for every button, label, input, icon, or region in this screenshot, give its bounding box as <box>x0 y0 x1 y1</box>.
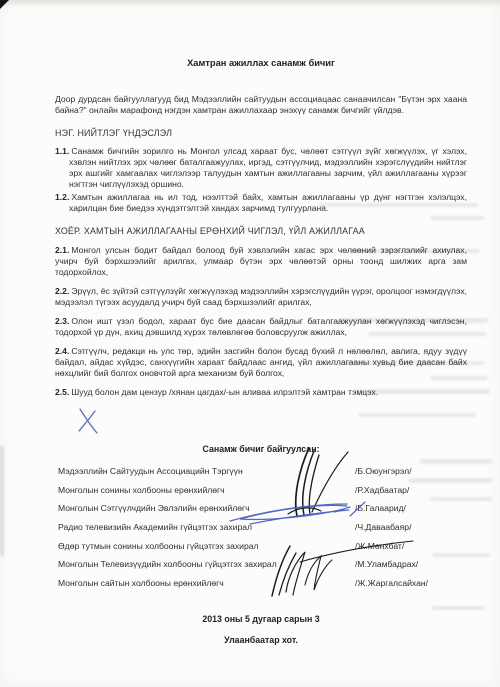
signatory-row: Монголын Телевизүүдийн холбооны гүйцэтгэ… <box>58 555 467 574</box>
document-city: Улаанбаатар хот. <box>55 635 467 646</box>
document-body: Хамтран ажиллах санамж бичиг Доор дурдса… <box>0 0 500 687</box>
document-title: Хамтран ажиллах санамж бичиг <box>55 58 467 69</box>
clause-2-1: 2.1.Монгол улсын бодит байдал болоод буй… <box>55 245 467 278</box>
clause-text: Монгол улсын бодит байдал болоод буй хэв… <box>55 245 467 277</box>
signatory-name: /Ж.Мөнхбат/ <box>355 541 467 552</box>
clause-1-1: 1.1.Санамж бичгийн зорилго нь Монгол улс… <box>55 146 467 190</box>
clause-text: Сэтгүүлч, редакци нь улс төр, эдийн засг… <box>55 346 467 378</box>
signatory-name: /Р.Хадбаатар/ <box>355 485 467 496</box>
clause-2-2: 2.2.Эрүүл, ёс зүйтэй сэтгүүлзүйг хөгжүүл… <box>55 286 467 308</box>
clause-text: Эрүүл, ёс зүйтэй сэтгүүлзүйг хөгжүүлэхэд… <box>55 286 467 307</box>
clause-text: Олон ишт үзэл бодол, хараат бус бие даас… <box>55 316 467 337</box>
signatories-list: Мэдээллийн Сайтуудын Ассоциацийн Тэргүүн… <box>58 462 467 593</box>
clause-number: 2.3. <box>55 316 69 326</box>
signatory-title: Өдөр тутмын сонины холбооны гүйцэтгэх за… <box>58 541 355 552</box>
clause-text: Хамтын ажиллагаа нь ил тод, нээлттэй бай… <box>69 192 467 213</box>
signatory-name: /Б.Оюунгэрэл/ <box>355 466 467 477</box>
signing-parties-heading: Санамж бичиг байгуулсан: <box>55 444 467 455</box>
intro-paragraph: Доор дурдсан байгууллагууд бид Мэдээллий… <box>55 94 467 116</box>
document-date: 2013 оны 5 дугаар сарын 3 <box>55 614 467 625</box>
clause-number: 1.2. <box>55 192 69 202</box>
signatory-title: Монголын сонины холбооны ерөнхийлөгч <box>58 485 355 496</box>
signatory-title: Монголын сайтын холбооны ерөнхийлөгч <box>58 578 355 589</box>
signatory-name: /М.Уламбадрах/ <box>355 559 467 570</box>
signatory-title: Монголын Сэтгүүлчдийн Эвлэлийн ерөнхийлө… <box>58 503 355 514</box>
signatory-row: Монголын сонины холбооны ерөнхийлөгч /Р.… <box>58 481 467 500</box>
scanned-document-page: Хамтран ажиллах санамж бичиг Доор дурдса… <box>0 0 500 687</box>
clause-text: Санамж бичгийн зорилго нь Монгол улсад х… <box>69 146 467 189</box>
clause-2-5: 2.5.Шууд болон дам цензур /хянан цагдах/… <box>55 387 467 398</box>
signatory-row: Мэдээллийн Сайтуудын Ассоциацийн Тэргүүн… <box>58 462 467 481</box>
clause-number: 1.1. <box>55 146 69 156</box>
clause-number: 2.5. <box>55 387 69 397</box>
clause-text: Шууд болон дам цензур /хянан цагдах/-ын … <box>71 387 378 397</box>
signatory-name: /Ч.Даваабаяр/ <box>355 522 467 533</box>
signatory-row: Өдөр тутмын сонины холбооны гүйцэтгэх за… <box>58 537 467 556</box>
section-two-heading: ХОЁР. ХАМТЫН АЖИЛЛАГААНЫ ЕРӨНХИЙ ЧИГЛЭЛ,… <box>55 226 467 237</box>
signatory-row: Радио телевизийн Академийн гүйцэтгэх зах… <box>58 518 467 537</box>
signatory-row: Монголын сайтын холбооны ерөнхийлөгч /Ж.… <box>58 574 467 593</box>
clause-1-2: 1.2.Хамтын ажиллагаа нь ил тод, нээлттэй… <box>55 192 467 214</box>
signatory-title: Мэдээллийн Сайтуудын Ассоциацийн Тэргүүн <box>58 466 355 477</box>
signatory-name: /Б.Галаарид/ <box>355 503 467 514</box>
signatory-title: Радио телевизийн Академийн гүйцэтгэх зах… <box>58 522 355 533</box>
clause-2-3: 2.3.Олон ишт үзэл бодол, хараат бус бие … <box>55 316 467 338</box>
signatory-row: Монголын Сэтгүүлчдийн Эвлэлийн ерөнхийлө… <box>58 499 467 518</box>
clause-number: 2.1. <box>55 245 69 255</box>
signatory-name: /Ж.Жаргалсайхан/ <box>355 578 467 589</box>
section-one-heading: НЭГ. НИЙТЛЭГ ҮНДЭСЛЭЛ <box>55 128 467 139</box>
clause-number: 2.2. <box>55 286 69 296</box>
signatory-title: Монголын Телевизүүдийн холбооны гүйцэтгэ… <box>58 559 355 570</box>
clause-2-4: 2.4.Сэтгүүлч, редакци нь улс төр, эдийн … <box>55 346 467 379</box>
clause-number: 2.4. <box>55 346 69 356</box>
